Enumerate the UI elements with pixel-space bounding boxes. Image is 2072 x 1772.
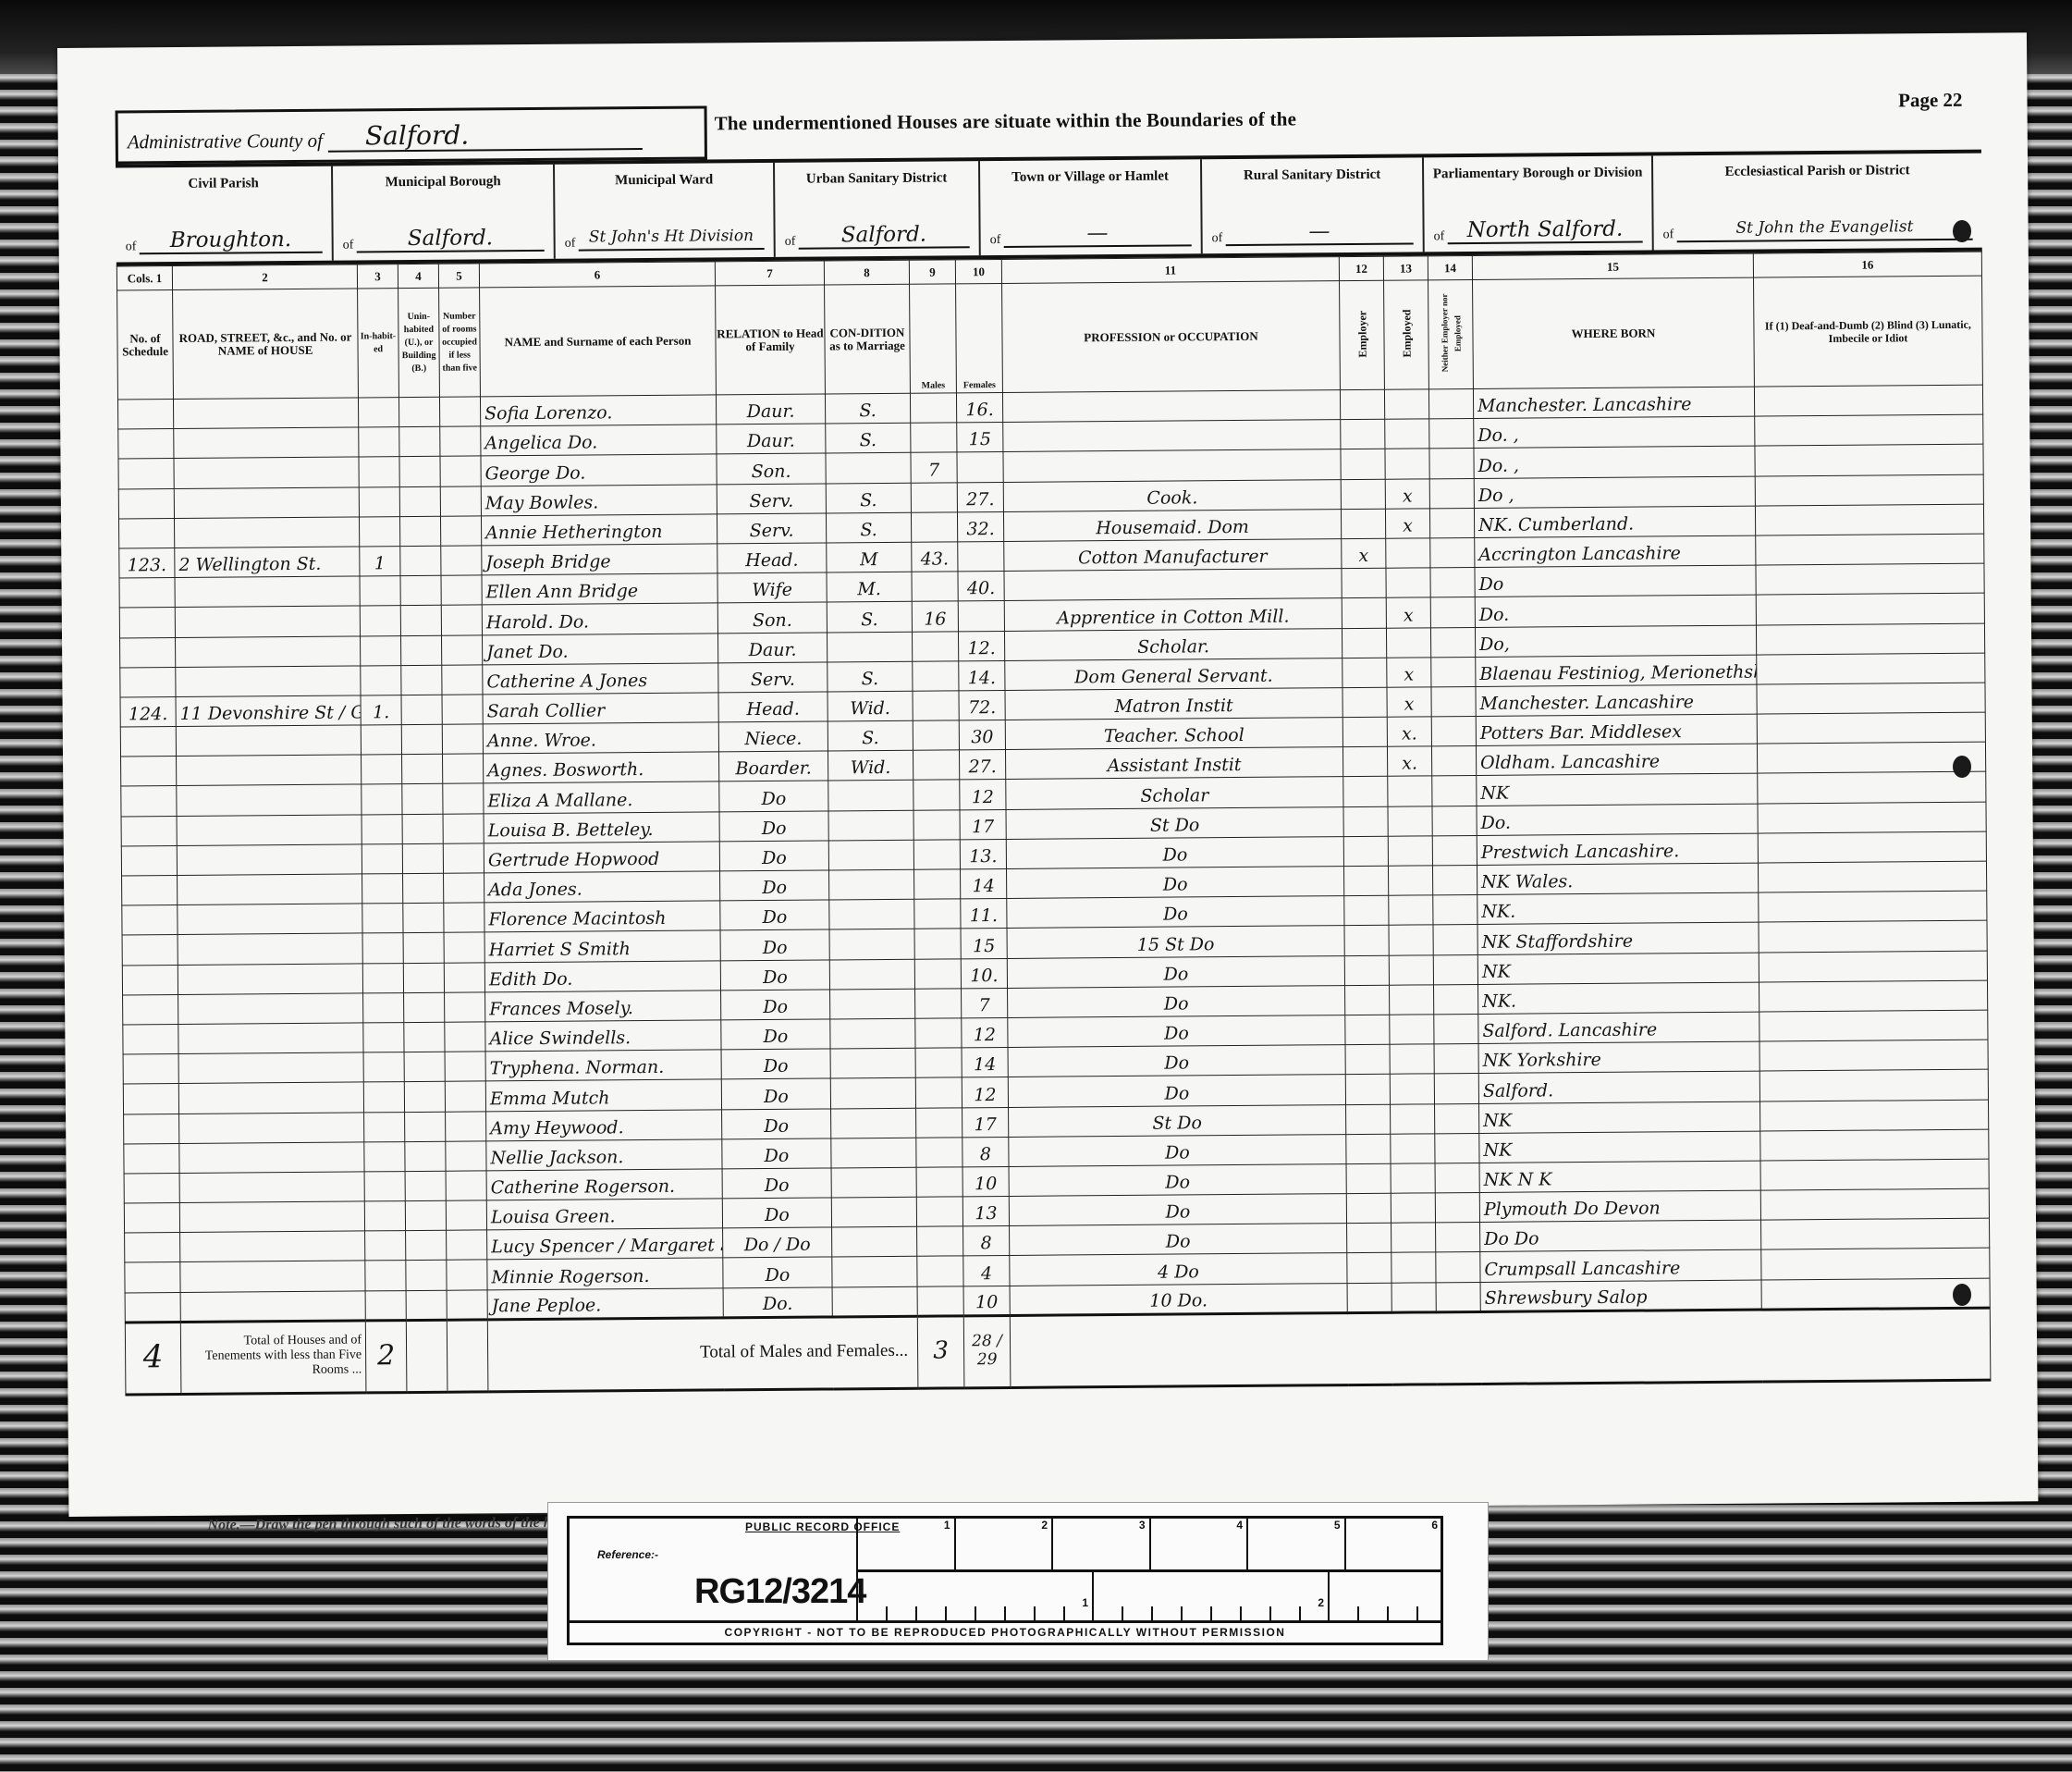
employed-mark-cell	[1386, 538, 1430, 569]
boundaries-row: Civil Parish ofBroughton. Municipal Boro…	[116, 150, 1982, 266]
relation-cell: Niece.	[718, 721, 828, 752]
schedule-cell	[120, 667, 176, 697]
employer-mark-cell	[1343, 746, 1387, 777]
female-age-cell: 12	[962, 1077, 1008, 1108]
rooms-cell	[446, 1171, 486, 1201]
schedule-cell	[123, 994, 178, 1025]
person-name-cell: Catherine A Jones	[483, 663, 718, 695]
infirmity-cell	[1758, 861, 1986, 892]
rooms-cell	[444, 903, 484, 933]
boundary-value: Broughton.	[139, 228, 323, 255]
schedule-cell	[119, 578, 175, 609]
occupation-cell: Assistant Instit	[1005, 747, 1343, 780]
inhabited-cell	[361, 725, 401, 756]
header-inhabited: In-habit-ed	[358, 289, 399, 398]
col-num: 3	[357, 265, 398, 289]
neither-mark-cell	[1428, 388, 1473, 419]
condition-cell	[829, 959, 914, 990]
rooms-cell	[440, 486, 481, 516]
male-age-cell	[916, 1197, 962, 1227]
female-age-cell: 16.	[956, 392, 1002, 423]
uninhabited-cell	[402, 755, 443, 785]
employer-mark-cell	[1344, 926, 1389, 956]
occupation-cell: Teacher. School	[1005, 718, 1343, 750]
ruler-tick	[1330, 1572, 1443, 1623]
person-name-cell: George Do.	[481, 454, 717, 486]
male-age-cell	[911, 482, 957, 512]
neither-mark-cell	[1432, 865, 1477, 895]
binding-hole	[1953, 1284, 1971, 1306]
binding-hole	[1953, 220, 1971, 242]
female-age-cell: 12	[962, 1017, 1008, 1048]
females-total: 28 / 29	[963, 1315, 1011, 1387]
person-name-cell: Harold. Do.	[482, 603, 717, 634]
inhabited-cell: 1	[360, 547, 400, 577]
relation-cell: Daur.	[717, 424, 826, 454]
uninhabited-cell	[403, 903, 444, 933]
condition-cell	[829, 929, 914, 960]
condition-cell	[826, 453, 911, 484]
boundary-label: Town or Village or Hamlet	[980, 168, 1200, 186]
male-age-cell	[916, 1138, 962, 1168]
address-cell	[177, 844, 362, 876]
blank-cell	[1010, 1308, 1991, 1387]
relation-cell: Son.	[717, 453, 826, 484]
person-name-cell: Anne. Wroe.	[483, 722, 718, 754]
rooms-cell	[447, 1260, 487, 1290]
header-employer-text: Employer	[1355, 311, 1368, 358]
binding-hole	[1953, 756, 1971, 778]
uninhabited-cell	[404, 1052, 445, 1082]
neither-mark-cell	[1435, 1103, 1479, 1134]
neither-mark-cell	[1429, 478, 1474, 509]
of-label: of	[1663, 228, 1674, 242]
person-name-cell: Louisa B. Betteley.	[484, 812, 719, 843]
address-cell	[175, 606, 360, 637]
infirmity-cell	[1757, 683, 1985, 714]
address-cell	[179, 1172, 364, 1203]
inhabited-cell	[365, 1290, 406, 1321]
neither-mark-cell	[1436, 1252, 1480, 1283]
rooms-cell	[445, 1081, 485, 1112]
header-schedule: No. of Schedule	[117, 290, 174, 400]
relation-cell: Do	[720, 960, 829, 991]
infirmity-cell	[1755, 474, 1983, 506]
admin-county-value: Salford.	[328, 120, 643, 153]
inhabited-cell	[362, 755, 402, 785]
where-born-cell: NK	[1479, 1101, 1760, 1134]
infirmity-cell	[1759, 1010, 1988, 1041]
address-cell	[174, 457, 359, 488]
female-age-cell: 72.	[959, 690, 1005, 720]
uninhabited-cell	[405, 1112, 446, 1142]
rooms-cell	[441, 575, 482, 606]
occupation-cell: Dom General Servant.	[1005, 658, 1343, 690]
schedule-cell	[118, 429, 174, 460]
relation-cell: Head.	[717, 543, 827, 573]
address-cell	[176, 725, 361, 757]
houses-total-value: 2	[365, 1320, 407, 1392]
neither-mark-cell	[1431, 746, 1476, 777]
header-uninhabited: Unin-habited (U.), or Building (B.)	[398, 288, 440, 397]
employed-mark-cell	[1391, 1193, 1435, 1224]
employed-mark-cell	[1386, 568, 1430, 598]
where-born-cell: NK N K	[1479, 1161, 1760, 1193]
where-born-cell: NK	[1477, 953, 1759, 985]
neither-mark-cell	[1430, 568, 1475, 598]
address-cell	[177, 755, 362, 786]
inhabited-cell	[364, 1201, 405, 1232]
occupation-cell: Do	[1008, 1075, 1345, 1107]
employed-mark-cell	[1385, 419, 1429, 449]
inhabited-cell	[362, 814, 402, 844]
occupation-cell	[1003, 420, 1341, 452]
neither-mark-cell	[1433, 984, 1477, 1015]
employed-mark-cell	[1388, 836, 1432, 867]
rooms-cell	[446, 1200, 486, 1231]
where-born-cell: Shrewsbury Salop	[1480, 1280, 1761, 1312]
reference-slip: PUBLIC RECORD OFFICE Reference:- RG12/32…	[547, 1502, 1489, 1661]
occupation-cell: Scholar	[1006, 777, 1343, 809]
inhabited-cell	[359, 486, 399, 517]
where-born-cell: NK. Cumberland.	[1474, 506, 1755, 538]
boundary-label: Ecclesiastical Parish or District	[1653, 163, 1981, 181]
boundary-value: North Salford.	[1447, 217, 1643, 245]
infirmity-cell	[1760, 1129, 1989, 1161]
employer-mark-cell	[1343, 836, 1388, 867]
address-cell: 11 Devonshire St / Girls Home	[176, 695, 361, 727]
boundary-label: Urban Sanitary District	[775, 170, 978, 188]
rooms-cell	[440, 516, 481, 547]
col-num: 10	[955, 259, 1001, 283]
address-cell	[173, 398, 358, 429]
employed-mark-cell: x.	[1387, 717, 1431, 747]
employed-mark-cell: x.	[1387, 746, 1431, 777]
infirmity-cell	[1759, 1100, 1988, 1131]
employed-mark-cell	[1384, 389, 1428, 420]
person-name-cell: Alice Swindells.	[485, 1020, 721, 1052]
neither-mark-cell	[1431, 657, 1476, 687]
occupation-cell: Do	[1010, 1224, 1347, 1256]
employed-mark-cell	[1390, 1015, 1434, 1045]
condition-cell: M	[827, 542, 912, 572]
address-cell	[178, 993, 363, 1025]
relation-cell: Do	[722, 1198, 831, 1228]
inhabited-cell	[365, 1261, 406, 1291]
inhabited-cell	[361, 665, 401, 695]
of-label: of	[785, 235, 796, 250]
boundary-ecclesiastical: Ecclesiastical Parish or District ofSt J…	[1653, 154, 1982, 251]
employer-mark-cell	[1342, 598, 1386, 629]
employed-mark-cell	[1385, 449, 1429, 479]
occupation-cell: Cook.	[1003, 479, 1341, 511]
boundary-value: —	[1225, 218, 1414, 246]
male-age-cell	[913, 809, 960, 840]
boundary-value: St John the Evangelist	[1676, 215, 1973, 243]
employer-mark-cell	[1347, 1283, 1392, 1313]
schedule-cell	[121, 816, 177, 846]
infirmity-cell	[1757, 712, 1985, 744]
where-born-cell: NK.	[1477, 982, 1759, 1015]
infirmity-cell	[1756, 534, 1984, 565]
male-age-cell	[911, 423, 957, 453]
relation-cell: Wife	[717, 572, 827, 603]
employer-mark-cell	[1346, 1193, 1391, 1224]
header-occupation: PROFESSION or OCCUPATION	[1002, 281, 1341, 393]
rooms-cell	[444, 873, 484, 904]
male-age-cell	[916, 1167, 962, 1198]
inhabited-cell	[363, 992, 404, 1023]
condition-cell: S.	[826, 512, 911, 543]
schedule-total-mark: 4	[125, 1322, 181, 1394]
occupation-cell: Matron Instit	[1005, 687, 1343, 720]
where-born-cell: Potters Bar. Middlesex	[1476, 714, 1757, 746]
infirmity-cell	[1757, 742, 1985, 773]
address-cell	[178, 963, 362, 994]
rooms-cell	[446, 1141, 486, 1172]
uninhabited-cell	[400, 635, 441, 666]
employer-mark-cell	[1343, 717, 1387, 747]
boundary-label: Civil Parish	[116, 176, 331, 193]
where-born-cell: Do.	[1475, 595, 1756, 627]
uninhabited-cell	[400, 546, 441, 576]
inhabited-cell	[360, 576, 400, 607]
relation-cell: Do	[721, 1049, 830, 1079]
occupation-cell: Housemaid. Dom	[1003, 509, 1341, 541]
male-age-cell	[914, 958, 961, 989]
employed-mark-cell	[1388, 806, 1432, 836]
header-females: Females	[956, 283, 1003, 392]
where-born-cell: Salford.	[1478, 1071, 1759, 1103]
col-num: 5	[438, 264, 479, 288]
person-name-cell: Sarah Collier	[483, 693, 718, 724]
schedule-cell	[120, 637, 176, 668]
uninhabited-cell	[399, 457, 440, 487]
rooms-cell	[443, 754, 484, 784]
relation-cell: Daur.	[716, 394, 825, 425]
inhabited-cell	[359, 427, 399, 458]
condition-cell	[831, 1138, 916, 1168]
address-cell	[174, 517, 359, 548]
occupation-cell: Do	[1007, 896, 1344, 929]
ruler-tick: 1	[858, 1572, 1094, 1623]
infirmity-cell	[1754, 385, 1982, 416]
admin-county-label: Administrative County of	[128, 129, 323, 154]
occupation-cell: Do	[1008, 1015, 1345, 1048]
employed-mark-cell	[1388, 866, 1432, 896]
person-name-cell: Annie Hetherington	[481, 514, 717, 546]
where-born-cell: Crumpsall Lancashire	[1480, 1250, 1761, 1283]
inhabited-cell	[358, 398, 398, 428]
person-name-cell: Frances Mosely.	[485, 991, 721, 1022]
condition-cell	[830, 1078, 915, 1109]
address-cell	[178, 904, 362, 935]
schedule-cell	[124, 1173, 179, 1203]
header-relation: RELATION to Head of Family	[716, 285, 826, 395]
neither-mark-cell	[1431, 686, 1476, 717]
uninhabited-cell	[401, 665, 442, 695]
blank-cell	[406, 1320, 448, 1392]
occupation-cell: St Do	[1009, 1104, 1346, 1137]
schedule-cell	[124, 1143, 179, 1174]
infirmity-cell	[1759, 1040, 1988, 1071]
inhabited-cell	[363, 1082, 404, 1113]
male-age-cell	[913, 720, 959, 751]
relation-cell: Do	[720, 929, 829, 960]
uninhabited-cell	[404, 1082, 445, 1113]
ruler-inch: 1 2	[858, 1572, 1443, 1623]
person-name-cell: Edith Do.	[484, 960, 720, 991]
inhabited-cell	[359, 516, 399, 547]
occupation-cell: Scholar.	[1004, 628, 1342, 660]
address-cell	[176, 635, 361, 667]
female-age-cell: 17	[960, 809, 1006, 840]
female-age-cell: 12.	[958, 631, 1004, 661]
address-cell	[174, 427, 359, 459]
uninhabited-cell	[405, 1200, 446, 1231]
person-name-cell: Tryphena. Norman.	[485, 1050, 721, 1081]
rooms-cell	[441, 634, 482, 665]
person-name-cell: Emma Mutch	[485, 1079, 721, 1111]
neither-mark-cell	[1434, 1044, 1478, 1075]
employed-mark-cell	[1392, 1282, 1436, 1312]
schedule-cell	[124, 1114, 179, 1144]
female-age-cell	[958, 601, 1004, 632]
neither-mark-cell	[1433, 954, 1477, 985]
boundary-value: —	[1003, 220, 1192, 248]
employer-mark-cell	[1341, 449, 1385, 480]
address-cell	[180, 1231, 365, 1262]
schedule-cell	[121, 786, 177, 817]
occupation-cell	[1003, 449, 1341, 482]
female-age-cell: 4	[963, 1256, 1010, 1286]
boundary-value: St John's Ht Division	[578, 224, 765, 252]
where-born-cell: NK	[1479, 1131, 1760, 1163]
female-age-cell: 11.	[961, 899, 1007, 929]
male-age-cell	[910, 393, 956, 424]
person-name-cell: Eliza A Mallane.	[484, 781, 719, 813]
address-cell	[178, 1052, 363, 1084]
header-infirmity: If (1) Deaf-and-Dumb (2) Blind (3) Lunat…	[1754, 276, 1983, 387]
condition-cell: S.	[825, 393, 910, 424]
occupation-cell: Do	[1009, 1163, 1346, 1196]
address-cell	[177, 815, 362, 846]
rooms-cell	[444, 962, 484, 992]
occupation-cell: Do	[1007, 867, 1344, 899]
employed-mark-cell: x	[1387, 658, 1431, 688]
person-name-cell: Catherine Rogerson.	[486, 1169, 722, 1200]
where-born-cell: Plymouth Do Devon	[1479, 1190, 1760, 1223]
female-age-cell: 10	[962, 1166, 1009, 1197]
inhabited-cell	[365, 1231, 406, 1261]
inhabited-cell	[360, 606, 400, 636]
infirmity-cell	[1761, 1249, 1990, 1280]
neither-mark-cell	[1433, 925, 1477, 955]
where-born-cell: Blaenau Festiniog, Merionethshire	[1476, 655, 1757, 687]
uninhabited-cell	[403, 933, 444, 964]
relation-cell: Do	[719, 811, 828, 842]
inhabited-cell	[361, 635, 401, 666]
col-num: 15	[1472, 253, 1753, 279]
of-label: of	[565, 237, 576, 252]
infirmity-cell	[1761, 1218, 1990, 1249]
address-cell	[178, 1023, 363, 1054]
employed-mark-cell	[1390, 1044, 1434, 1075]
where-born-cell: NK Yorkshire	[1478, 1041, 1759, 1074]
col-num: 4	[398, 264, 438, 288]
schedule-cell	[122, 905, 178, 936]
schedule-cell	[118, 488, 174, 519]
female-age-cell: 13	[962, 1197, 1009, 1227]
boundary-label: Rural Sanitary District	[1202, 166, 1422, 184]
ruler-tick: 6	[1346, 1519, 1444, 1569]
schedule-cell: 123.	[119, 548, 175, 578]
address-cell	[178, 874, 362, 905]
inhabited-cell	[362, 963, 403, 993]
employed-mark-cell	[1390, 985, 1434, 1015]
male-age-cell	[911, 512, 957, 543]
condition-cell	[828, 781, 913, 811]
relation-cell: Serv.	[718, 662, 828, 693]
condition-cell	[831, 1108, 916, 1138]
uninhabited-cell	[400, 575, 441, 606]
rooms-cell	[440, 426, 481, 457]
col-num: Cols. 1	[116, 266, 172, 290]
males-total: 3	[917, 1316, 964, 1388]
uninhabited-cell	[404, 992, 445, 1023]
copyright-notice: COPYRIGHT - NOT TO BE REPRODUCED PHOTOGR…	[570, 1620, 1441, 1643]
relation-cell: Do.	[723, 1287, 832, 1318]
rooms-cell	[443, 814, 484, 844]
condition-cell	[832, 1286, 917, 1317]
occupation-cell: Do	[1009, 1134, 1346, 1166]
relation-cell: Do	[721, 990, 830, 1020]
inhabited-cell	[362, 933, 403, 964]
male-age-cell	[917, 1256, 963, 1286]
uninhabited-cell	[400, 606, 441, 636]
houses-total-label: Total of Houses and of Tenements with le…	[185, 1334, 362, 1379]
person-name-cell: Harriet S Smith	[484, 930, 720, 962]
infirmity-cell	[1757, 653, 1985, 684]
ruler-tick: 2	[956, 1519, 1054, 1569]
employed-mark-cell	[1391, 1103, 1435, 1134]
female-age-cell: 7	[962, 988, 1008, 1018]
employed-mark-cell	[1392, 1223, 1436, 1253]
neither-mark-cell	[1429, 449, 1474, 479]
rooms-cell	[445, 992, 485, 1023]
uninhabited-cell	[405, 1141, 446, 1172]
boundary-municipal-borough: Municipal Borough ofSalford.	[333, 165, 556, 261]
inhabited-cell: 1.	[361, 695, 401, 725]
uninhabited-cell	[401, 695, 442, 725]
relation-cell: Do / Do	[723, 1227, 832, 1258]
address-cell	[180, 1291, 365, 1323]
where-born-cell: Accrington Lancashire	[1475, 535, 1756, 568]
header-employed-text: Employed	[1400, 309, 1413, 357]
female-age-cell: 27.	[957, 482, 1003, 512]
employer-mark-cell	[1346, 1104, 1391, 1135]
relation-cell: Do	[719, 841, 828, 871]
condition-cell	[828, 810, 913, 841]
where-born-cell: Manchester. Lancashire	[1476, 684, 1757, 717]
inhabited-cell	[363, 1023, 404, 1053]
employer-mark-cell	[1343, 658, 1387, 688]
col-num: 11	[1001, 257, 1339, 284]
condition-cell: S.	[828, 720, 913, 751]
address-cell	[174, 487, 359, 519]
uninhabited-cell	[399, 516, 440, 547]
person-name-cell: Nellie Jackson.	[486, 1139, 722, 1171]
